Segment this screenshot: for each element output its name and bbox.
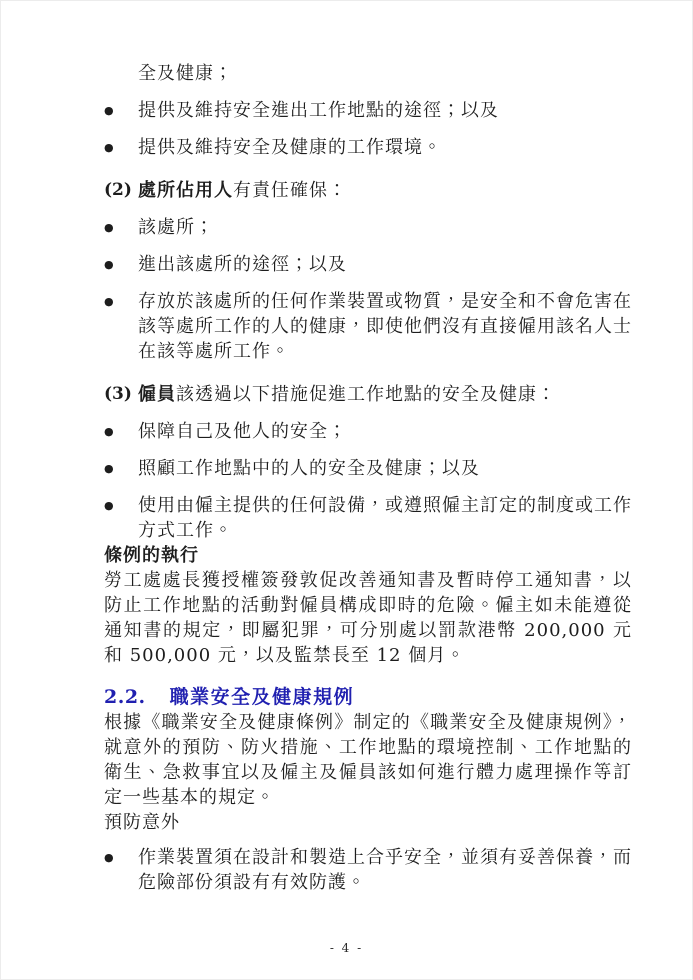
list-item-text: 提供及維持安全進出工作地點的途徑；以及 — [138, 98, 632, 123]
list-item: ● 進出該處所的途徑；以及 — [104, 252, 632, 277]
bullet-icon: ● — [104, 456, 138, 481]
item-rest-text: 有責任確保： — [233, 180, 347, 201]
list-item-text: 進出該處所的途徑；以及 — [138, 252, 632, 277]
accident-prevention-heading: 預防意外 — [104, 810, 632, 835]
item-rest-text: 該透過以下措施促進工作地點的安全及健康： — [176, 384, 556, 405]
enforcement-heading: 條例的執行 — [104, 543, 632, 568]
bullet-icon: ● — [104, 289, 138, 364]
numbered-item-2: (2) 處所佔用人有責任確保： — [104, 178, 632, 203]
list-item: ● 作業裝置須在設計和製造上合乎安全，並須有妥善保養，而危險部份須設有有效防護。 — [104, 845, 632, 895]
list-item: ● 提供及維持安全進出工作地點的途徑；以及 — [104, 98, 632, 123]
list-item-text: 照顧工作地點中的人的安全及健康；以及 — [138, 456, 632, 481]
bullet-icon: ● — [104, 845, 138, 895]
bullet-icon: ● — [104, 98, 138, 123]
list-item-text: 提供及維持安全及健康的工作環境。 — [138, 135, 632, 160]
section-title: 職業安全及健康規例 — [170, 686, 355, 708]
numbered-item-text: 僱員該透過以下措施促進工作地點的安全及健康： — [138, 382, 632, 407]
enforcement-body: 勞工處處長獲授權簽發敦促改善通知書及暫時停工通知書，以防止工作地點的活動對僱員構… — [104, 568, 632, 668]
page-footer: - 4 - — [1, 941, 692, 955]
list-item: ● 照顧工作地點中的人的安全及健康；以及 — [104, 456, 632, 481]
numbered-item-3: (3) 僱員該透過以下措施促進工作地點的安全及健康： — [104, 382, 632, 407]
list-item-text: 使用由僱主提供的任何設備，或遵照僱主訂定的制度或工作方式工作。 — [138, 493, 632, 543]
bullet-icon: ● — [104, 215, 138, 240]
page-number: - 4 - — [330, 941, 363, 955]
list-item: ● 使用由僱主提供的任何設備，或遵照僱主訂定的制度或工作方式工作。 — [104, 493, 632, 543]
item-number: (2) — [104, 178, 138, 203]
list-item: ● 存放於該處所的任何作業裝置或物質，是安全和不會危害在該等處所工作的人的健康，… — [104, 289, 632, 364]
paragraph-continuation: 全及健康； — [104, 61, 632, 86]
bullet-icon: ● — [104, 419, 138, 444]
page-content: 全及健康； ● 提供及維持安全進出工作地點的途徑；以及 ● 提供及維持安全及健康… — [104, 61, 632, 895]
list-item-text: 作業裝置須在設計和製造上合乎安全，並須有妥善保養，而危險部份須設有有效防護。 — [138, 845, 632, 895]
bullet-icon: ● — [104, 135, 138, 160]
section-heading-2-2: 2.2.職業安全及健康規例 — [104, 684, 632, 710]
list-item: ● 保障自己及他人的安全； — [104, 419, 632, 444]
item-lead-bold: 處所佔用人 — [138, 180, 233, 201]
bullet-icon: ● — [104, 252, 138, 277]
list-item: ● 提供及維持安全及健康的工作環境。 — [104, 135, 632, 160]
bullet-icon: ● — [104, 493, 138, 543]
list-item: ● 該處所； — [104, 215, 632, 240]
item-lead-bold: 僱員 — [138, 384, 176, 405]
document-page: 全及健康； ● 提供及維持安全進出工作地點的途徑；以及 ● 提供及維持安全及健康… — [0, 0, 693, 980]
numbered-item-text: 處所佔用人有責任確保： — [138, 178, 632, 203]
item-number: (3) — [104, 382, 138, 407]
section-body: 根據《職業安全及健康條例》制定的《職業安全及健康規例》，就意外的預防、防火措施、… — [104, 710, 632, 810]
list-item-text: 保障自己及他人的安全； — [138, 419, 632, 444]
list-item-text: 存放於該處所的任何作業裝置或物質，是安全和不會危害在該等處所工作的人的健康，即使… — [138, 289, 632, 364]
list-item-text: 該處所； — [138, 215, 632, 240]
section-number: 2.2. — [104, 686, 146, 708]
